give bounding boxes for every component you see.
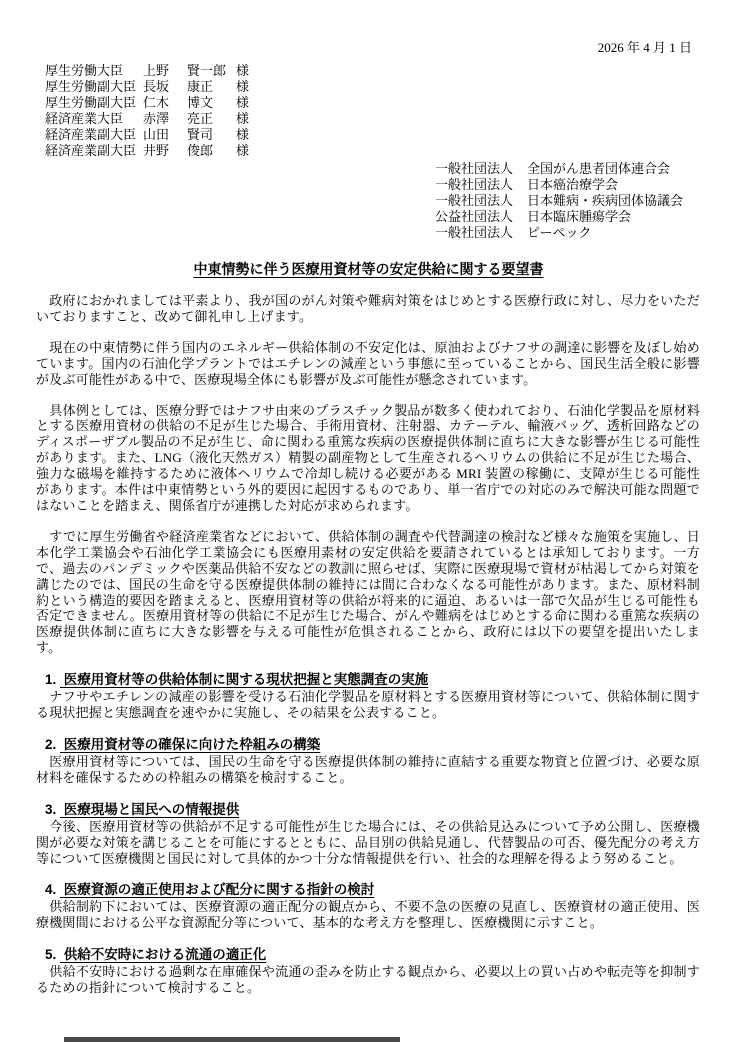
recipient-row: 厚生労働副大臣 仁木 博文 様: [45, 95, 737, 111]
request-section: 5. 供給不安時における流通の適正化 供給不安時における過剰な在庫確保や流通の歪…: [0, 946, 737, 996]
request-number: 4.: [45, 881, 60, 898]
request-number: 5.: [45, 946, 60, 963]
request-body: 供給制約下においては、医療資源の適正配分の観点から、不要不急の医療の見直し、医療…: [36, 899, 700, 931]
recipient-list: 厚生労働大臣 上野 賢一郎 様 厚生労働副大臣 長坂 康正 様 厚生労働副大臣 …: [45, 63, 737, 159]
request-heading: 2. 医療用資材等の確保に向けた枠組みの構築: [45, 736, 737, 753]
request-body: 供給不安時における過剰な在庫確保や流通の歪みを防止する観点から、必要以上の買い占…: [36, 964, 700, 996]
sender-name: 全国がん患者団体連合会: [527, 161, 737, 177]
request-body: ナフサやエチレンの減産の影響を受ける石油化学製品を原材料とする医療用資材等につい…: [36, 689, 700, 721]
recipient-row: 経済産業大臣 赤澤 亮正 様: [45, 111, 737, 127]
sender-list: 一般社団法人 全国がん患者団体連合会 一般社団法人 日本癌治療学会 一般社団法人…: [435, 161, 737, 241]
request-heading-text: 医療資源の適正使用および配分に関する指針の検討: [64, 882, 375, 897]
request-heading-text: 医療用資材等の確保に向けた枠組みの構築: [64, 737, 321, 752]
recipient-row: 経済産業副大臣 山田 賢司 様: [45, 127, 737, 143]
sender-name: 日本癌治療学会: [527, 177, 737, 193]
recipient-given-name: 亮正: [187, 111, 236, 127]
sender-type: 一般社団法人: [435, 161, 527, 177]
sender-row: 一般社団法人 全国がん患者団体連合会: [435, 161, 737, 177]
recipient-title: 経済産業副大臣: [45, 127, 143, 143]
request-heading: 3. 医療現場と国民への情報提供: [45, 801, 737, 818]
request-number: 2.: [45, 736, 60, 753]
recipient-title: 厚生労働大臣: [45, 63, 143, 79]
recipient-honorific: 様: [236, 111, 737, 127]
sender-row: 一般社団法人 日本癌治療学会: [435, 177, 737, 193]
sender-row: 一般社団法人 ピーペック: [435, 225, 737, 241]
sender-type: 公益社団法人: [435, 209, 527, 225]
recipient-surname: 山田: [143, 127, 187, 143]
request-heading: 1. 医療用資材等の供給体制に関する現状把握と実態調査の実施: [45, 671, 737, 688]
recipient-title: 厚生労働副大臣: [45, 79, 143, 95]
sender-name: 日本難病・疾病団体協議会: [527, 193, 737, 209]
request-heading: 5. 供給不安時における流通の適正化: [45, 946, 737, 963]
recipient-given-name: 俊郎: [187, 143, 236, 159]
recipient-honorific: 様: [236, 143, 737, 159]
sender-row: 一般社団法人 日本難病・疾病団体協議会: [435, 193, 737, 209]
page-bottom-bar: [64, 1037, 400, 1042]
document-page: 2026 年 4 月 1 日 厚生労働大臣 上野 賢一郎 様 厚生労働副大臣 長…: [0, 0, 737, 1042]
body-paragraph: 具体例としては、医療分野ではナフサ由来のプラスチック製品が数多く使われており、石…: [36, 403, 700, 514]
recipient-honorific: 様: [236, 127, 737, 143]
request-heading-text: 医療現場と国民への情報提供: [64, 802, 240, 817]
sender-name: ピーペック: [527, 225, 737, 241]
recipient-row: 経済産業副大臣 井野 俊郎 様: [45, 143, 737, 159]
request-body: 医療用資材等については、国民の生命を守る医療提供体制の維持に直結する重要な物資と…: [36, 754, 700, 786]
recipient-title: 経済産業大臣: [45, 111, 143, 127]
recipient-surname: 仁木: [143, 95, 187, 111]
request-number: 3.: [45, 801, 60, 818]
sender-row: 公益社団法人 日本臨床腫瘍学会: [435, 209, 737, 225]
recipient-surname: 上野: [143, 63, 187, 79]
recipient-given-name: 賢一郎: [187, 63, 236, 79]
recipient-title: 経済産業副大臣: [45, 143, 143, 159]
document-date: 2026 年 4 月 1 日: [0, 0, 737, 56]
sender-type: 一般社団法人: [435, 225, 527, 241]
request-section: 3. 医療現場と国民への情報提供 今後、医療用資材等の供給が不足する可能性が生じ…: [0, 801, 737, 867]
recipient-title: 厚生労働副大臣: [45, 95, 143, 111]
recipient-row: 厚生労働副大臣 長坂 康正 様: [45, 79, 737, 95]
sender-name: 日本臨床腫瘍学会: [527, 209, 737, 225]
recipient-surname: 赤澤: [143, 111, 187, 127]
recipient-given-name: 康正: [187, 79, 236, 95]
body-paragraph: 政府におかれましては平素より、我が国のがん対策や難病対策をはじめとする医療行政に…: [36, 293, 700, 325]
request-section: 4. 医療資源の適正使用および配分に関する指針の検討 供給制約下においては、医療…: [0, 881, 737, 931]
recipient-given-name: 博文: [187, 95, 236, 111]
request-section: 2. 医療用資材等の確保に向けた枠組みの構築 医療用資材等については、国民の生命…: [0, 736, 737, 786]
recipient-honorific: 様: [236, 95, 737, 111]
recipient-row: 厚生労働大臣 上野 賢一郎 様: [45, 63, 737, 79]
sender-type: 一般社団法人: [435, 177, 527, 193]
recipient-surname: 長坂: [143, 79, 187, 95]
body-paragraph: 現在の中東情勢に伴う国内のエネルギー供給体制の不安定化は、原油およびナフサの調達…: [36, 340, 700, 388]
recipient-given-name: 賢司: [187, 127, 236, 143]
request-number: 1.: [45, 671, 60, 688]
request-heading-text: 医療用資材等の供給体制に関する現状把握と実態調査の実施: [64, 672, 429, 687]
recipient-honorific: 様: [236, 79, 737, 95]
recipient-surname: 井野: [143, 143, 187, 159]
request-heading-text: 供給不安時における流通の適正化: [64, 947, 267, 962]
document-title: 中東情勢に伴う医療用資材等の安定供給に関する要望書: [0, 260, 737, 278]
recipient-honorific: 様: [236, 63, 737, 79]
body-paragraph: すでに厚生労働省や経済産業省などにおいて、供給体制の調査や代替調達の検討など様々…: [36, 529, 700, 656]
request-heading: 4. 医療資源の適正使用および配分に関する指針の検討: [45, 881, 737, 898]
sender-type: 一般社団法人: [435, 193, 527, 209]
request-body: 今後、医療用資材等の供給が不足する可能性が生じた場合には、その供給見込みについて…: [36, 819, 700, 867]
request-section: 1. 医療用資材等の供給体制に関する現状把握と実態調査の実施 ナフサやエチレンの…: [0, 671, 737, 721]
